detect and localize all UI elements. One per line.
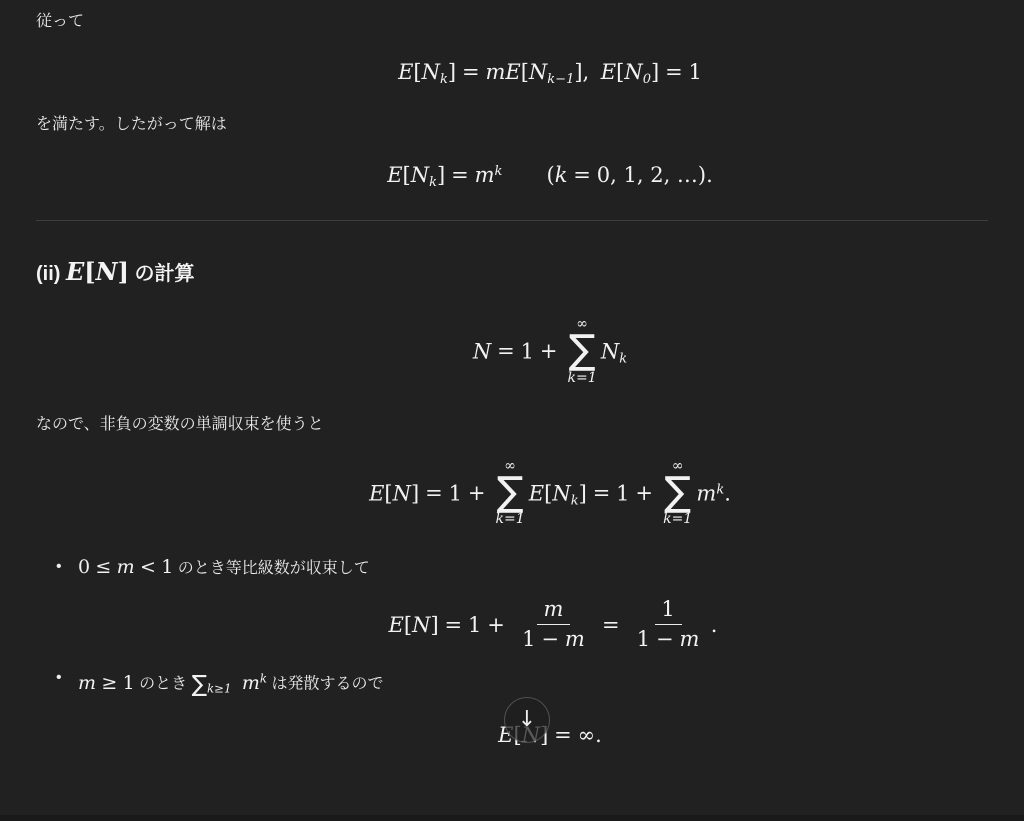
inline-math-range: 0≤m<1 [78, 557, 173, 578]
heading-suffix: の計算 [129, 263, 195, 285]
bullet-list: 0≤m<1 のとき等比級数が収束して E[N]=1+m1−m=11−m. m≥1… [36, 554, 988, 701]
list-item-text: のとき [135, 676, 192, 693]
equation-geometric-sum: E[N]=1+m1−m=11−m. [78, 600, 988, 653]
heading-prefix: (ii) [36, 263, 66, 285]
equation-EN-series: E[N]=1+∞∑k=1E[Nk]=1+∞∑k=1mk. [36, 461, 988, 529]
equation-N-definition: N=1+∞∑k=1Nk [36, 319, 988, 387]
inline-math-sum: ∑k≥1mk [192, 673, 267, 694]
section-heading: (ii) E[N] の計算 [36, 257, 988, 289]
composer-top-edge [0, 815, 1024, 821]
list-item-text: のとき等比級数が収束して [173, 560, 369, 577]
list-item-text: は発散するので [267, 676, 383, 693]
down-arrow-icon: ↓ [518, 709, 536, 731]
final-equation-wrapper: E[N]=∞. ↓ [36, 723, 988, 748]
list-item-converges: 0≤m<1 のとき等比級数が収束して E[N]=1+m1−m=11−m. [36, 554, 988, 653]
section-divider [36, 220, 988, 221]
list-item-diverges: m≥1 のとき ∑k≥1mk は発散するので [36, 665, 988, 701]
paragraph-satisfies: を満たす。したがって解は [36, 113, 988, 137]
equation-recurrence: E[Nk]=mE[Nk−1],E[N0]=1 [36, 60, 988, 87]
equation-solution: E[Nk]=mk(k=0, 1, 2, …). [36, 163, 988, 190]
paragraph-intro: 従って [36, 10, 988, 34]
paragraph-monotone: なので、非負の変数の単調収束を使うと [36, 413, 988, 437]
heading-math: E[N] [66, 263, 129, 285]
inline-math-condition: m≥1 [78, 673, 135, 694]
scroll-to-bottom-button[interactable]: ↓ [504, 697, 550, 743]
chat-message-content: 従って E[Nk]=mE[Nk−1],E[N0]=1 を満たす。したがって解は … [0, 0, 1024, 748]
